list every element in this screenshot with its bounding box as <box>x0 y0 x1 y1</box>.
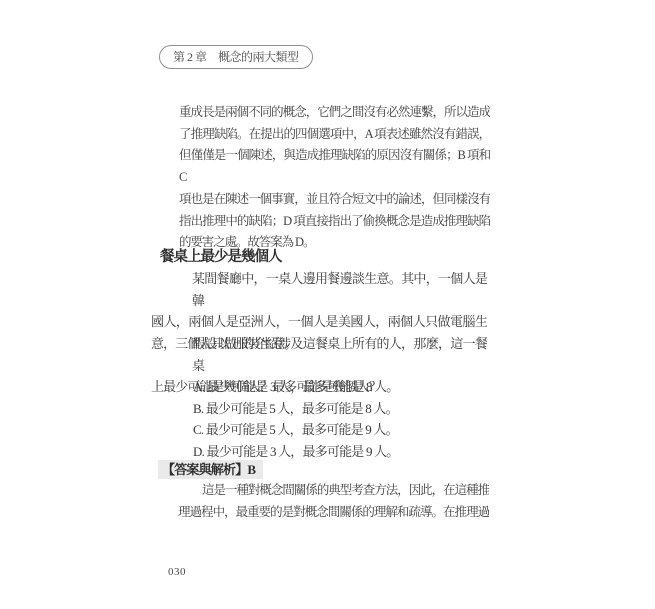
option-c: C. 最少可能是 5 人，最多可能是 9 人。 <box>193 419 399 441</box>
option-a: A. 最少可能是 3 人，最多可能是 8 人。 <box>193 376 399 398</box>
question-title: 餐桌上最少是幾個人 <box>160 245 282 266</box>
option-b: B. 最少可能是 5 人，最多可能是 8 人。 <box>193 398 399 420</box>
book-page: 第 2 章 概念的兩大類型 重成長是兩個不同的概念，它們之間沒有必然連繫，所以造… <box>0 0 655 609</box>
analysis-line: 重成長是兩個不同的概念，它們之間沒有必然連繫，所以造成 <box>179 102 490 124</box>
analysis-line: 項也是在陳述一個事實，並且符合短文中的論述，但同樣沒有 <box>179 189 490 211</box>
continued-analysis-paragraph: 重成長是兩個不同的概念，它們之間沒有必然連繫，所以造成 了推理缺陷。在提出的四個… <box>179 102 490 254</box>
stem-line: 假設以上的介紹涉及這餐桌上所有的人，那麼，這一餐桌 <box>151 333 487 376</box>
chapter-tab: 第 2 章 概念的兩大類型 <box>159 45 313 69</box>
analysis-line: 但僅僅是一個陳述，與造成推理缺陷的原因沒有關係；B 項和 C <box>179 145 490 188</box>
answer-analysis-paragraph: 這是一種對概念間關係的典型考查方法，因此，在這種推 理過程中，最重要的是對概念間… <box>178 480 489 523</box>
analysis-line: 理過程中，最重要的是對概念間關係的理解和疏導。在推理過 <box>178 502 489 524</box>
analysis-line: 了推理缺陷。在提出的四個選項中，A 項表述雖然沒有錯誤， <box>179 124 490 146</box>
page-number: 030 <box>168 566 186 578</box>
options-list: A. 最少可能是 3 人，最多可能是 8 人。 B. 最少可能是 5 人，最多可… <box>193 376 399 463</box>
answer-label: 【答案與解析】B <box>158 460 263 479</box>
stem-line: 某間餐廳中，一桌人邊用餐邊談生意。其中，一個人是韓 <box>151 268 487 311</box>
analysis-line: 這是一種對概念間關係的典型考查方法，因此，在這種推 <box>178 480 489 502</box>
analysis-line: 指出推理中的缺陷；D 項直接指出了偷換概念是造成推理缺陷 <box>179 211 490 233</box>
stem-line: 國人，兩個人是亞洲人，一個人是美國人，兩個人只做電腦生 <box>151 311 487 333</box>
